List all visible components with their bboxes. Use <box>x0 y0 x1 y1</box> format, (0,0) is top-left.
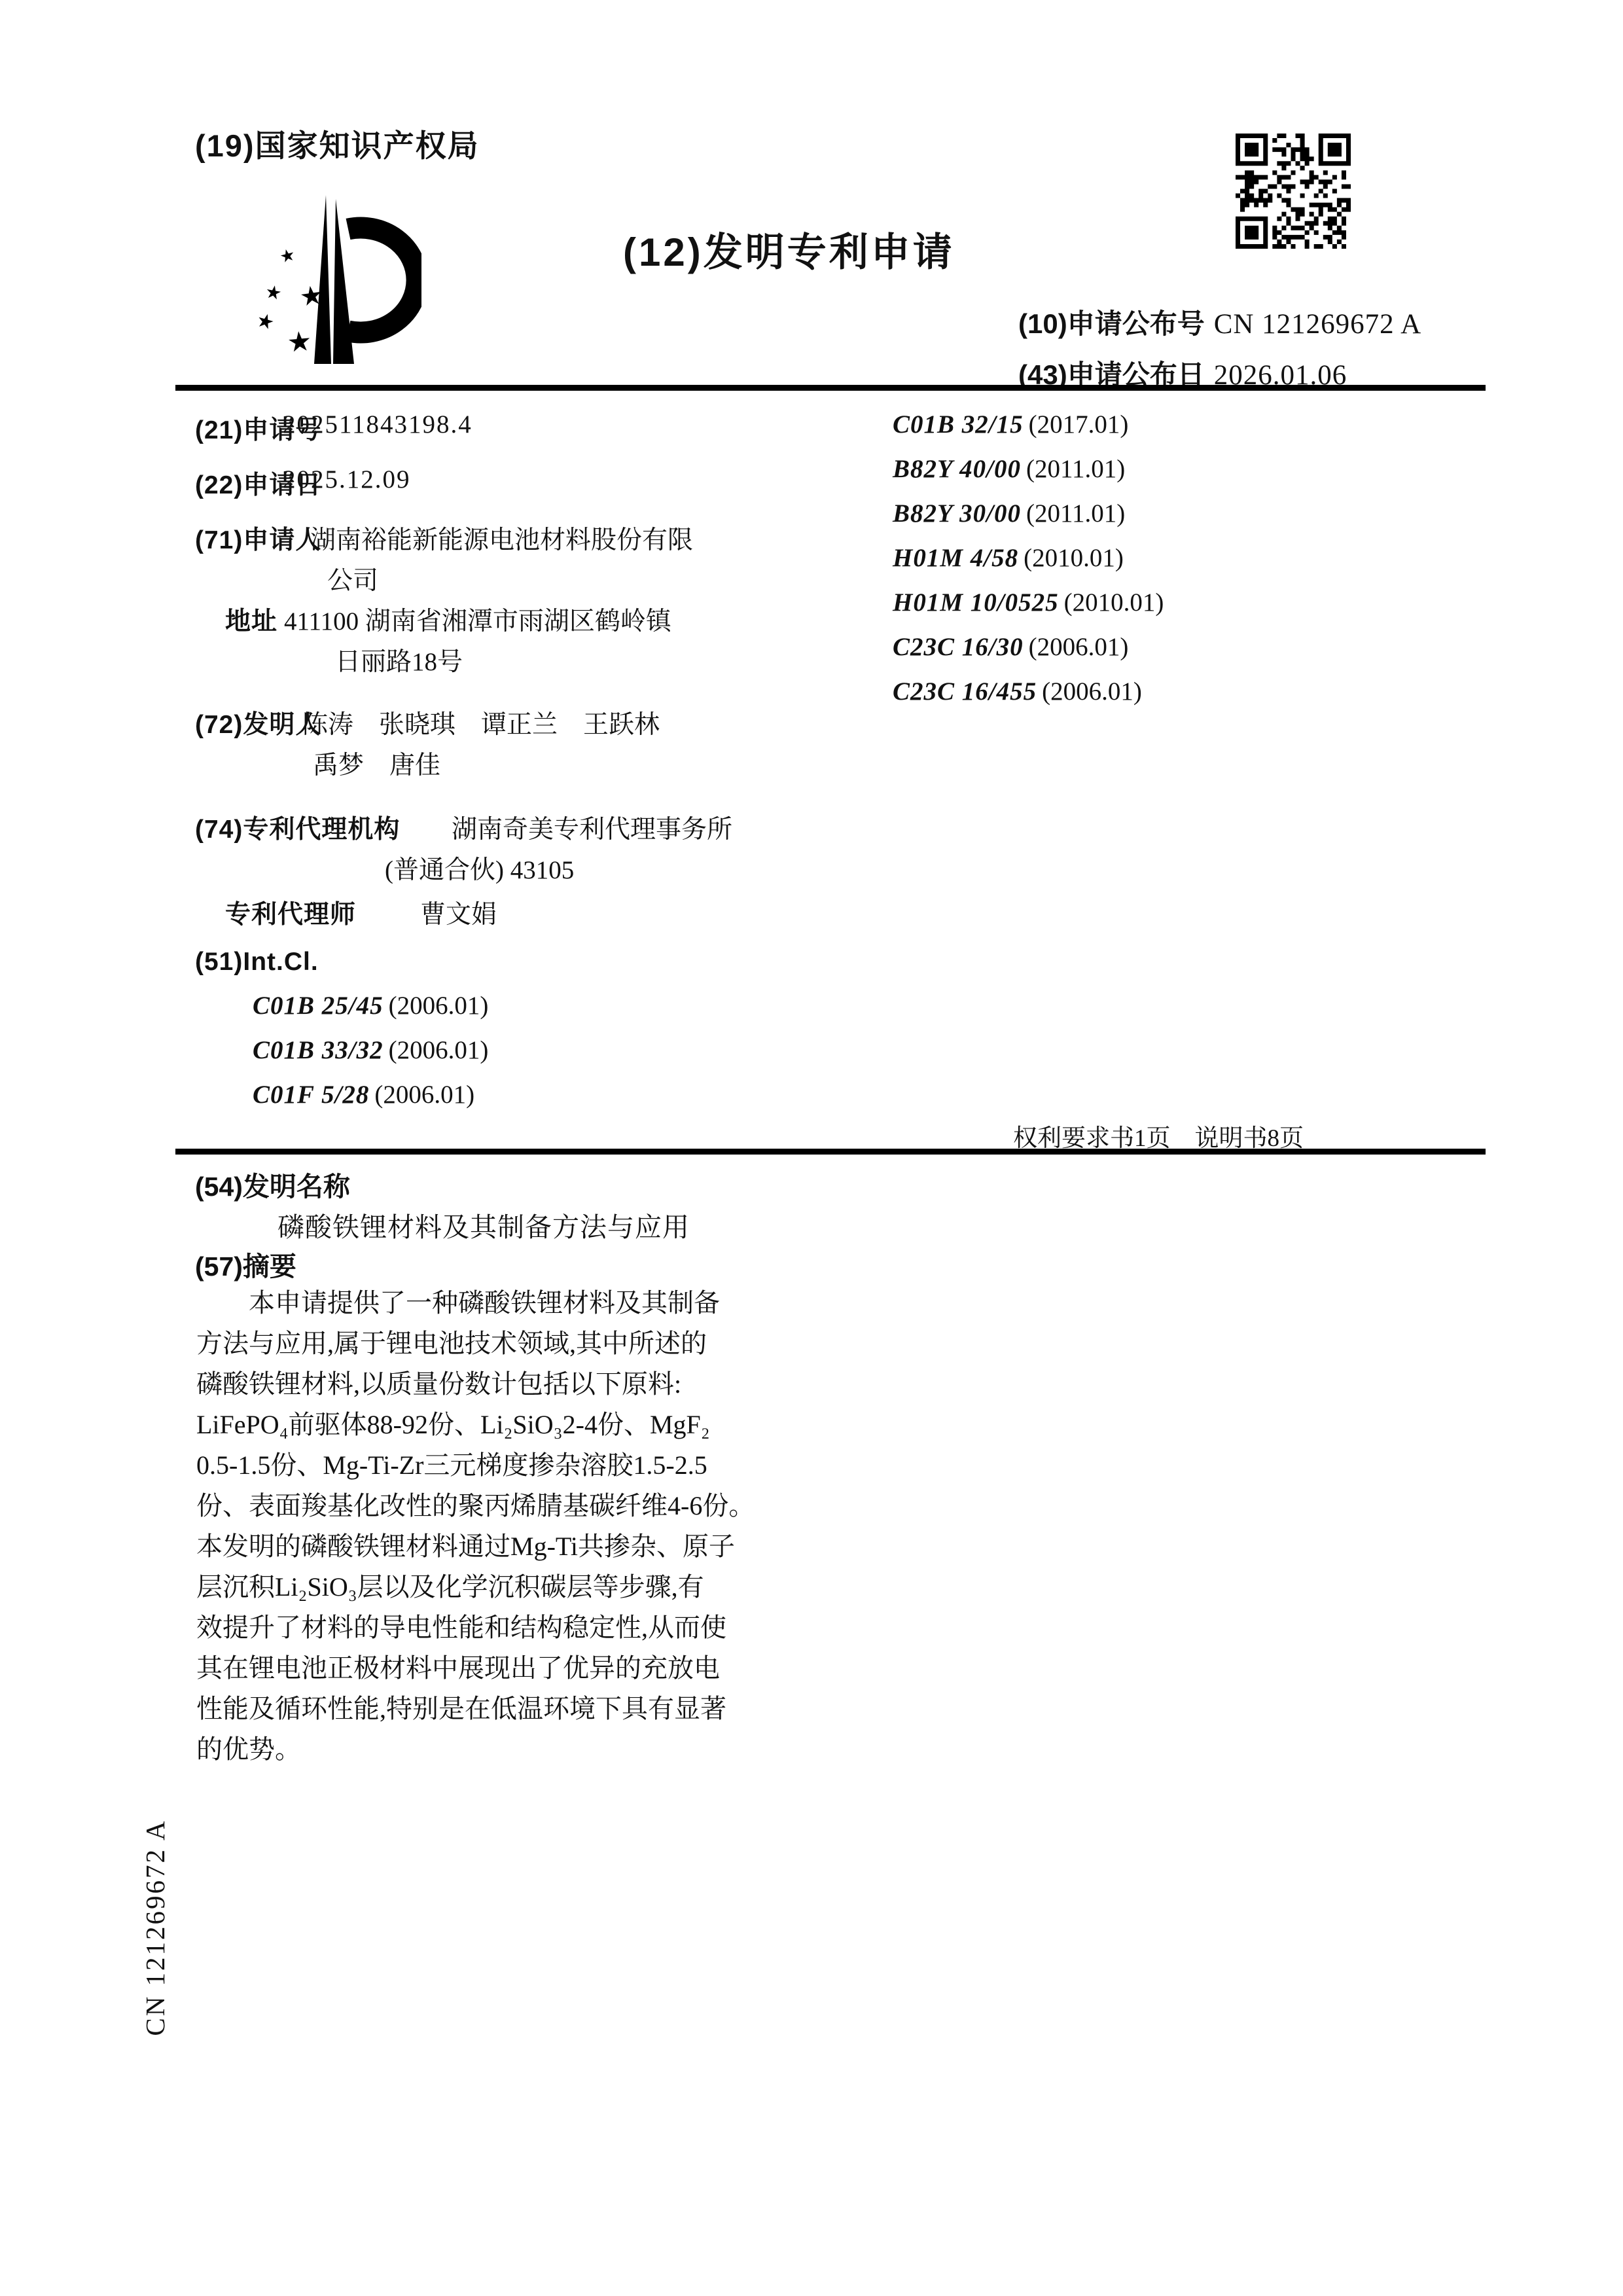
applicant-name-line2: 公司 <box>327 560 378 597</box>
address-label: 地址 <box>225 601 277 637</box>
ipc-entry: H01M 4/58 (2010.01) <box>893 543 1124 573</box>
svg-text:★: ★ <box>298 279 325 312</box>
agency-label: (74)专利代理机构 <box>195 809 400 846</box>
svg-text:★: ★ <box>264 281 283 304</box>
agent-label: 专利代理师 <box>225 894 356 931</box>
applicant-label: (71)申请人 <box>195 520 321 556</box>
svg-text:★: ★ <box>254 309 277 334</box>
ipc-version: (2010.01) <box>1024 543 1124 573</box>
address-line2: 日丽路18号 <box>335 641 463 678</box>
ipc-entry: B82Y 30/00 (2011.01) <box>893 499 1125 528</box>
publication-number-line: (10)申请公布号 CN 121269672 A <box>1018 302 1421 342</box>
ipc-version: (2011.01) <box>1026 499 1125 528</box>
cnipa-logo: ★ ★ ★ ★ ★ <box>250 191 421 373</box>
cnipa-logo-graphic: ★ ★ ★ ★ ★ <box>250 191 421 373</box>
ipc-code: H01M 4/58 <box>893 543 1018 573</box>
ipc-code: C23C 16/455 <box>893 677 1037 706</box>
inventors-line1: 陈涛 张晓琪 谭正兰 王跃林 <box>302 704 660 741</box>
ipc-entry: C01F 5/28 (2006.01) <box>253 1080 474 1109</box>
publication-number-label: (10)申请公布号 <box>1018 302 1205 342</box>
application-number-value: 202511843198.4 <box>283 410 473 439</box>
ipc-code: B82Y 40/00 <box>893 454 1021 484</box>
qr-code-graphic <box>1236 134 1351 249</box>
doc-type-title: (12)发明专利申请 <box>623 221 955 278</box>
svg-text:★: ★ <box>286 327 313 359</box>
intcl-label: (51)Int.Cl. <box>195 948 319 977</box>
qr-code <box>1236 134 1351 249</box>
pages-note: 权利要求书1页 说明书8页 <box>1013 1118 1304 1153</box>
ipc-code: C01B 32/15 <box>893 410 1024 439</box>
ipc-code: C23C 16/30 <box>893 632 1024 662</box>
ipc-code: C01F 5/28 <box>253 1080 369 1109</box>
invention-title-label: (54)发明名称 <box>195 1165 350 1204</box>
ipc-version: (2006.01) <box>1029 632 1129 662</box>
agency-name: 湖南奇美专利代理事务所 <box>452 809 732 846</box>
svg-text:★: ★ <box>277 245 297 267</box>
ipc-code: H01M 10/0525 <box>893 588 1059 617</box>
ipc-version: (2011.01) <box>1026 454 1125 484</box>
publication-number-value: CN 121269672 A <box>1214 308 1421 340</box>
application-date-value: 2025.12.09 <box>283 465 411 494</box>
ipc-entry: B82Y 40/00 (2011.01) <box>893 454 1125 484</box>
applicant-name-line1: 湖南裕能新能源电池材料股份有限 <box>310 520 693 556</box>
agent-name: 曹文娟 <box>420 894 497 931</box>
ipc-entry: C01B 25/45 (2006.01) <box>253 991 488 1020</box>
ipc-version: (2006.01) <box>389 1035 489 1065</box>
ipc-entry: C23C 16/455 (2006.01) <box>893 677 1142 706</box>
ipc-version: (2006.01) <box>374 1080 474 1109</box>
divider-rule-middle <box>175 1149 1486 1155</box>
divider-rule-top <box>175 385 1486 391</box>
inventors-line2: 禹梦 唐佳 <box>313 745 440 781</box>
ipc-code: C01B 33/32 <box>253 1035 383 1065</box>
invention-title: 磷酸铁锂材料及其制备方法与应用 <box>277 1206 690 1244</box>
ipc-version: (2006.01) <box>389 991 489 1020</box>
abstract-text: 本申请提供了一种磷酸铁锂材料及其制备 方法与应用,属于锂电池技术领域,其中所述的… <box>196 1283 819 1770</box>
ipc-code: C01B 25/45 <box>253 991 383 1020</box>
ipc-entry: C23C 16/30 (2006.01) <box>893 632 1128 662</box>
ipc-code: B82Y 30/00 <box>893 499 1021 528</box>
address-line1: 411100 湖南省湘潭市雨湖区鹤岭镇 <box>284 601 671 637</box>
ipc-version: (2010.01) <box>1064 588 1164 617</box>
ipc-entry: H01M 10/0525 (2010.01) <box>893 588 1164 617</box>
ipc-version: (2006.01) <box>1042 677 1142 706</box>
ipc-entry: C01B 32/15 (2017.01) <box>893 410 1128 439</box>
patent-office-label: (19)国家知识产权局 <box>195 122 480 166</box>
abstract-label: (57)摘要 <box>195 1245 296 1283</box>
side-publication-number: CN 121269672 A <box>139 1797 166 2058</box>
ipc-entry: C01B 33/32 (2006.01) <box>253 1035 488 1065</box>
patent-front-page: (19)国家知识产权局 ★ ★ ★ ★ ★ (12)发明专利申请 (1 <box>0 0 1623 2296</box>
ipc-version: (2017.01) <box>1029 410 1129 439</box>
agency-detail: (普通合伙) 43105 <box>385 850 574 886</box>
